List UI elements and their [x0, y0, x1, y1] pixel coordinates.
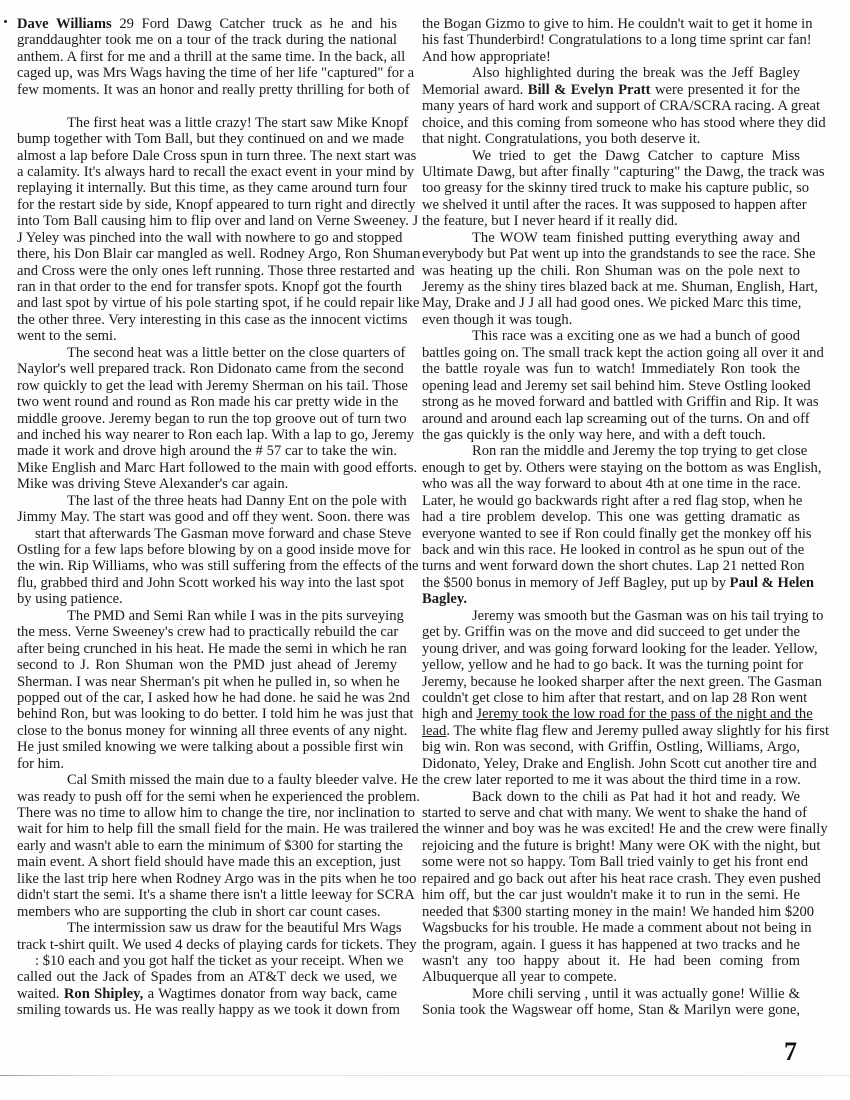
text-line: lead. The white flag flew and Jeremy pul… — [422, 723, 800, 739]
paragraph-first-line: More chili serving , until it was actual… — [422, 986, 800, 1002]
text-line: Jimmy May. The start was good and off th… — [17, 509, 397, 525]
text-line: the Bogan Gizmo to give to him. He could… — [422, 16, 800, 32]
text-line: and last spot by virtue of his pole star… — [17, 295, 397, 311]
text-line: we shelved it until after the races. It … — [422, 197, 800, 213]
paragraph-first-line: The PMD and Semi Ran while I was in the … — [17, 608, 397, 624]
text-line: went to the semi. — [17, 328, 397, 344]
text-line: J Yeley was pinched into the wall with n… — [17, 230, 397, 246]
text-line: caged up, was Mrs Wags having the time o… — [17, 65, 397, 81]
text-line: turns and went forward down the short ch… — [422, 558, 800, 574]
text-line: too greasy for the skinny tired truck to… — [422, 180, 800, 196]
text-line: granddaughter took me on a tour of the t… — [17, 32, 397, 48]
text-line: two went round and round as Ron made his… — [17, 394, 397, 410]
text-line: Ostling for a few laps before blowing by… — [17, 542, 397, 558]
text-line: He just smiled knowing we were talking a… — [17, 739, 397, 755]
text-line: and Cross were the only ones left runnin… — [17, 263, 397, 279]
text-line: was heating up the chili. Ron Shuman was… — [422, 263, 800, 279]
text-line: the win. Rip Williams, who was still suf… — [17, 558, 397, 574]
paragraph-first-line: The intermission saw us draw for the bea… — [17, 920, 397, 936]
text-line: the crew later reported to me it was abo… — [422, 772, 800, 788]
text-line: into Tom Ball causing him to flip over a… — [17, 213, 397, 229]
text-line: around and around each lap screaming out… — [422, 411, 800, 427]
text-line: him off, but the car just wouldn't make … — [422, 887, 800, 903]
text-line: some were not so happy. Tom Ball tried v… — [422, 854, 800, 870]
text-line: row quickly to get the lead with Jeremy … — [17, 378, 397, 394]
paragraph-first-line: Cal Smith missed the main due to a fault… — [17, 772, 397, 788]
text-line: Sherman. I was near Sherman's pit when h… — [17, 674, 397, 690]
text-line: his fast Thunderbird! Congratulations to… — [422, 32, 800, 48]
text-line: Naylor's well prepared track. Ron Didona… — [17, 361, 397, 377]
text-line: started to serve and chat with many. We … — [422, 805, 800, 821]
text-line: Bagley. — [422, 591, 800, 607]
text-line: after being crunched in his heat. He mad… — [17, 641, 397, 657]
text-line: there, his Don Blair car mangled as well… — [17, 246, 397, 262]
text-line: called out the Jack of Spades from an AT… — [17, 969, 397, 985]
text-line: that night. Congratulations, you both de… — [422, 131, 800, 147]
text-line: everyone wanted to see if Ron could fina… — [422, 526, 800, 542]
page-number: 7 — [784, 1037, 797, 1067]
bottom-rule — [0, 1075, 850, 1076]
paragraph-first-line: The WOW team finished putting everything… — [422, 230, 800, 246]
text-line: like the last trip here when Rodney Argo… — [17, 871, 397, 887]
text-line: Didonato, Yeley, Drake and English. John… — [422, 756, 800, 772]
text-line: ran in that order to the end for transfe… — [17, 279, 397, 295]
text-line: the feature, but I never heard if it rea… — [422, 213, 800, 229]
text-line: wasn't any too happy about it. He had be… — [422, 953, 800, 969]
text-line: smiling towards us. He was really happy … — [17, 1002, 397, 1018]
text-line: choice, and this coming from someone who… — [422, 115, 800, 131]
text-line: main event. A short field should have ma… — [17, 854, 397, 870]
text-line: even though it was tough. — [422, 312, 800, 328]
text-line: members who are supporting the club in s… — [17, 904, 397, 920]
text-line: Dave Williams 29 Ford Dawg Catcher truck… — [17, 16, 397, 32]
left-column: Dave Williams 29 Ford Dawg Catcher truck… — [17, 16, 397, 1019]
text-line: get by. Griffin was on the move and did … — [422, 624, 800, 640]
text-line: : $10 each and you got half the ticket a… — [17, 953, 397, 969]
paragraph-first-line: Also highlighted during the break was th… — [422, 65, 800, 81]
text-line: anthem. A first for me and a thrill at t… — [17, 49, 397, 65]
text-line: for the restart side by side, Knopf appe… — [17, 197, 397, 213]
text-line: back and win this race. He looked in con… — [422, 542, 800, 558]
right-column: the Bogan Gizmo to give to him. He could… — [422, 16, 800, 1019]
text-line: by using patience. — [17, 591, 397, 607]
text-line: couldn't get close to him after that res… — [422, 690, 800, 706]
text-line: replaying it internally. But this time, … — [17, 180, 397, 196]
text-line: Memorial award. Bill & Evelyn Pratt were… — [422, 82, 800, 98]
text-line: Later, he would go backwards right after… — [422, 493, 800, 509]
text-line: close to the bonus money for winning all… — [17, 723, 397, 739]
text-line: Jeremy as the shiny tires blazed back at… — [422, 279, 800, 295]
stray-mark — [4, 20, 7, 23]
text-line: was ready to push off for the semi when … — [17, 789, 397, 805]
text-line: the mess. Verne Sweeney's crew had to pr… — [17, 624, 397, 640]
text-line: strong as he moved forward and battled w… — [422, 394, 800, 410]
text-line: Wagsbucks for his trouble. He made a com… — [422, 920, 800, 936]
text-line: Mike English and Marc Hart followed to t… — [17, 460, 397, 476]
text-line: And how appropriate! — [422, 49, 800, 65]
text-line: second to J. Ron Shuman won the PMD just… — [17, 657, 397, 673]
text-line: and inched his way nearer to Ron each la… — [17, 427, 397, 443]
paragraph-first-line: The first heat was a little crazy! The s… — [17, 115, 397, 131]
text-line: had a tire problem develop. This one was… — [422, 509, 800, 525]
text-line: the battle royale was fun to watch! Imme… — [422, 361, 800, 377]
text-line: Albuquerque all year to compete. — [422, 969, 800, 985]
text-line: battles going on. The small track kept t… — [422, 345, 800, 361]
text-line: bump together with Tom Ball, but they co… — [17, 131, 397, 147]
paragraph-first-line: Back down to the chili as Pat had it hot… — [422, 789, 800, 805]
text-line: yellow, yellow and he had to go back. It… — [422, 657, 800, 673]
paragraph-spacer — [17, 98, 397, 114]
text-line: for him. — [17, 756, 397, 772]
text-line: waited. Ron Shipley, a Wagtimes donator … — [17, 986, 397, 1002]
text-line: start that afterwards The Gasman move fo… — [17, 526, 397, 542]
text-line: middle groove. Jeremy began to run the t… — [17, 411, 397, 427]
text-line: enough to get by. Others were staying on… — [422, 460, 800, 476]
text-line: the other three. Very interesting in thi… — [17, 312, 397, 328]
text-line: opening lead and Jeremy set sail behind … — [422, 378, 800, 394]
newsletter-page: Dave Williams 29 Ford Dawg Catcher truck… — [0, 0, 850, 1100]
paragraph-first-line: We tried to get the Dawg Catcher to capt… — [422, 148, 800, 164]
text-line: There was no time to allow him to change… — [17, 805, 397, 821]
paragraph-first-line: Ron ran the middle and Jeremy the top tr… — [422, 443, 800, 459]
text-line: rejoicing and the future is bright! Many… — [422, 838, 800, 854]
text-line: high and Jeremy took the low road for th… — [422, 706, 800, 722]
text-line: few moments. It was an honor and really … — [17, 82, 397, 98]
text-line: repaired and go back out after his heat … — [422, 871, 800, 887]
paragraph-first-line: The last of the three heats had Danny En… — [17, 493, 397, 509]
text-line: May, Drake and J J all had good ones. We… — [422, 295, 800, 311]
text-line: wait for him to help fill the small fiel… — [17, 821, 397, 837]
text-line: the $500 bonus in memory of Jeff Bagley,… — [422, 575, 800, 591]
text-line: many years of hard work and support of C… — [422, 98, 800, 114]
text-line: the winner and boy was he was excited! H… — [422, 821, 800, 837]
text-line: who was all the way forward to about 4th… — [422, 476, 800, 492]
text-line: behind Ron, but was looking to do better… — [17, 706, 397, 722]
text-line: popped out of the car, I asked how he ha… — [17, 690, 397, 706]
text-line: young driver, and was going forward look… — [422, 641, 800, 657]
text-line: the gas quickly is the only way here, an… — [422, 427, 800, 443]
text-line: Sonia took the Wagswear off home, Stan &… — [422, 1002, 800, 1018]
text-line: Ultimate Dawg, but after finally "captur… — [422, 164, 800, 180]
text-line: made it work and drove high around the #… — [17, 443, 397, 459]
text-line: flu, grabbed third and John Scott worked… — [17, 575, 397, 591]
paragraph-first-line: The second heat was a little better on t… — [17, 345, 397, 361]
paragraph-first-line: Jeremy was smooth but the Gasman was on … — [422, 608, 800, 624]
text-line: a calamity. It's always hard to recall t… — [17, 164, 397, 180]
text-line: big win. Ron was second, with Griffin, O… — [422, 739, 800, 755]
text-line: didn't start the semi. It's a shame ther… — [17, 887, 397, 903]
paragraph-first-line: This race was a exciting one as we had a… — [422, 328, 800, 344]
text-line: almost a lap before Dale Cross spun in t… — [17, 148, 397, 164]
text-line: early and wasn't able to earn the minimu… — [17, 838, 397, 854]
text-line: needed that $300 starting money in the m… — [422, 904, 800, 920]
text-line: track t-shirt quilt. We used 4 decks of … — [17, 937, 397, 953]
text-line: the program, again. I guess it has happe… — [422, 937, 800, 953]
text-line: Jeremy, because he looked sharper after … — [422, 674, 800, 690]
text-line: Mike was driving Steve Alexander's car a… — [17, 476, 397, 492]
text-line: everybody but Pat went up into the grand… — [422, 246, 800, 262]
